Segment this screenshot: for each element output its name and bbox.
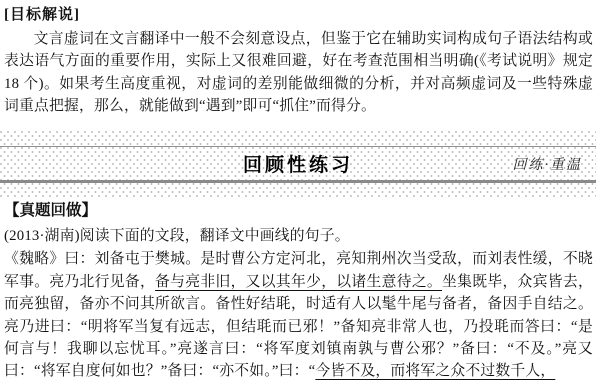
banner-spacer	[0, 131, 596, 146]
thick-divider-line	[0, 180, 596, 183]
goal-section: [目标解说] 文言虚词在文言翻译中一般不会刻意设点，但鉴于它在辅助实词构成句子语…	[0, 0, 596, 118]
review-banner: 回顾性练习 回练·重温	[0, 131, 596, 197]
document-page: [目标解说] 文言虚词在文言翻译中一般不会刻意设点，但鉴于它在辅助实词构成句子语…	[0, 0, 596, 383]
banner-row: 回顾性练习 回练·重温	[0, 147, 596, 180]
underlined-sentence: 备与亮非旧，又以其年少，以诸生意待之。	[155, 274, 442, 290]
exercise-section: 【真题回做】 (2013·湖南)阅读下面的文段，翻译文中画线的句子。 《魏略》曰…	[0, 199, 596, 383]
underlined-sentence: 今皆不及，而将军之众不过数千人，	[315, 363, 555, 379]
passage: 《魏略》曰：刘备屯于樊城。是时曹公方定河北，亮知荆州次当受敌，而刘表性缓，不晓军…	[4, 248, 593, 382]
goal-heading: [目标解说]	[4, 5, 593, 25]
goal-paragraph: 文言虚词在文言翻译中一般不会刻意设点，但鉴于它在辅助实词构成句子语法结构或表达语…	[4, 28, 593, 118]
banner-right-label: 回练·重温	[513, 154, 583, 174]
banner-title: 回顾性练习	[243, 150, 353, 177]
exercise-intro: (2013·湖南)阅读下面的文段，翻译文中画线的句子。	[4, 225, 593, 247]
exercise-heading: 【真题回做】	[4, 199, 593, 223]
